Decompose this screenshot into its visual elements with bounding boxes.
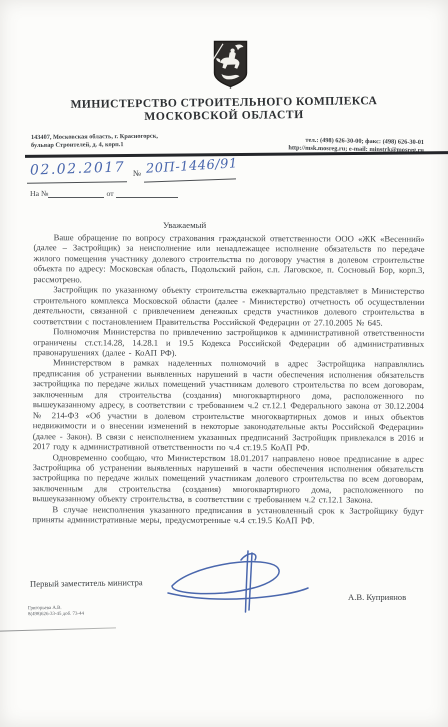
moscow-oblast-coat-of-arms-icon — [213, 40, 248, 89]
reply-number-blank — [48, 189, 104, 198]
signer-name: А.В. Куприянов — [348, 592, 406, 602]
outgoing-date-handwritten: 02.02.2017 — [30, 159, 126, 178]
address-line2: бульвар Строителей, д. 4, корп.1 — [31, 140, 231, 150]
body-paragraph: Застройщик по указанному объекту строите… — [33, 284, 424, 328]
body-paragraph: В случае неисполнения указанного предпис… — [32, 504, 423, 527]
reply-from-label: от — [106, 189, 113, 198]
number-underline — [144, 178, 236, 182]
body-paragraph: Одновременно сообщаю, что Министерством … — [32, 452, 423, 506]
body-paragraph: Ваше обращение по вопросу страхования гр… — [33, 232, 424, 286]
number-sign: № — [133, 168, 141, 178]
salutation: Уважаемый — [163, 220, 206, 230]
signer-position-title: Первый заместитель министра — [30, 577, 143, 589]
outgoing-number-handwritten: 20П-1446/91 — [146, 156, 239, 177]
reply-number-label: На № — [30, 189, 48, 198]
signature-ink-icon — [162, 548, 312, 618]
executor-phone: 8(498)626-33-45 доб. 73-44 — [28, 612, 84, 619]
body-paragraph: Полномочия Министерства по привлечению з… — [33, 326, 424, 359]
ministry-title: МИНИСТЕРСТВО СТРОИТЕЛЬНОГО КОМПЛЕКСА МОС… — [0, 93, 448, 125]
body-paragraph: Министерством в рамках наделенных полном… — [33, 358, 424, 454]
scan-fold-line — [0, 627, 116, 632]
reply-from-blank — [116, 189, 178, 198]
letter-body: Ваше обращение по вопросу страхования гр… — [32, 232, 424, 526]
scanned-letter-page: МИНИСТЕРСТВО СТРОИТЕЛЬНОГО КОМПЛЕКСА МОС… — [0, 0, 448, 727]
executor-block: Григорьева А.В. 8(498)626-33-45 доб. 73-… — [28, 606, 84, 619]
date-underline — [27, 181, 127, 183]
address-block: 143407, Московская область, г. Красногор… — [31, 132, 231, 150]
reply-reference-row: На № от — [30, 189, 178, 198]
